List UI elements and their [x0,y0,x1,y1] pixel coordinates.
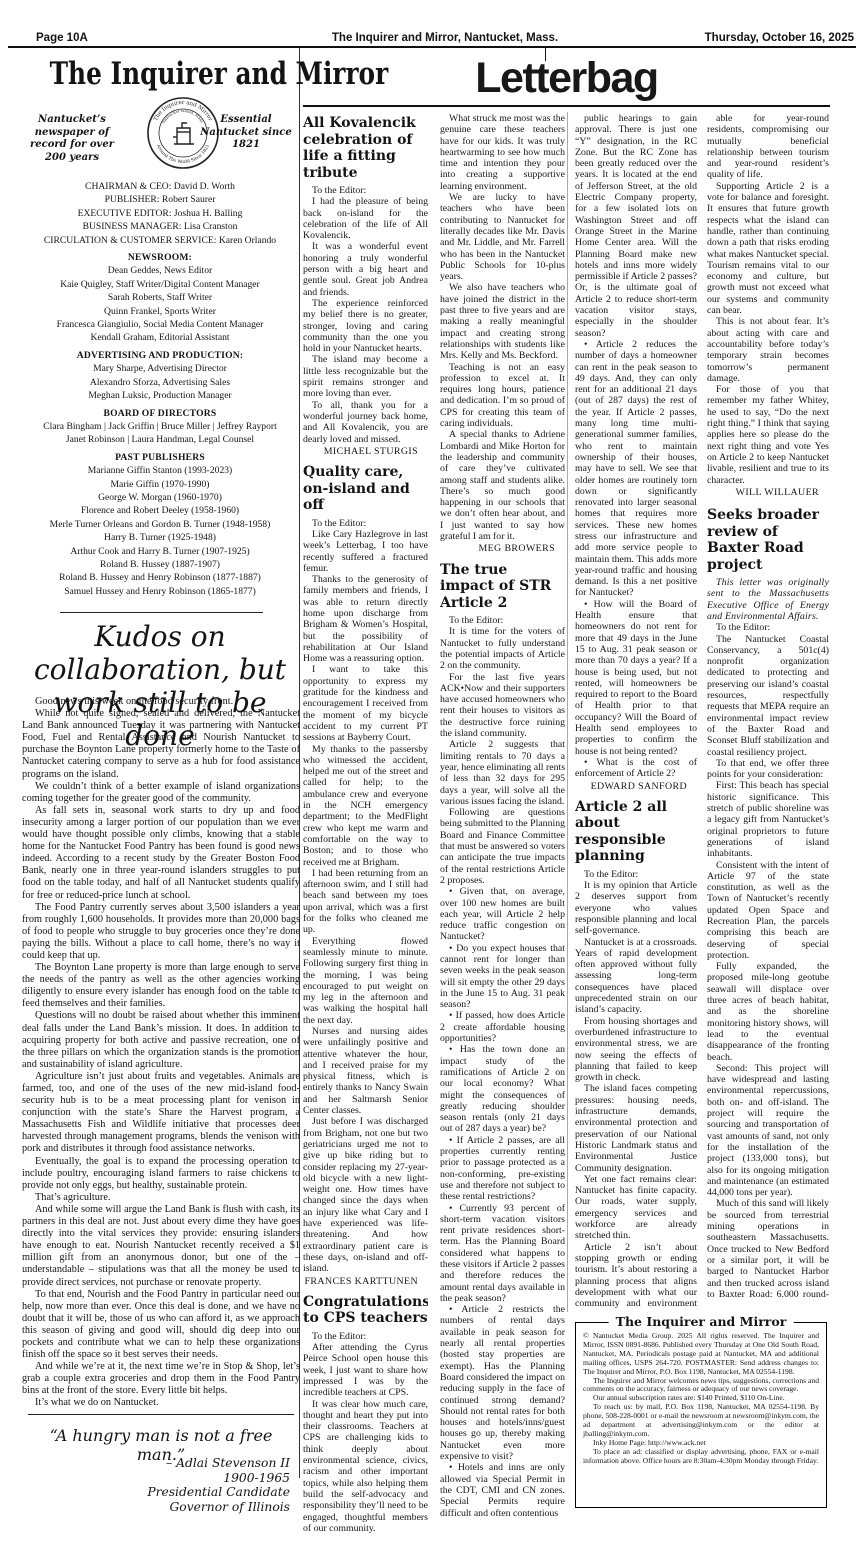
masthead-section-heading: BOARD OF DIRECTORS [22,407,298,420]
letter-signature: EDWARD SANFORD [575,781,697,792]
masthead-staff-line: Merle Turner Orleans and Gordon B. Turne… [22,518,298,531]
editorial-paragraph: We couldn’t think of a better example of… [22,781,300,805]
masthead-title: The Inquirer and Mirror [50,56,271,92]
masthead-staff-line: Harry B. Turner (1925-1948) [22,531,298,544]
masthead-staff-line: Marianne Giffin Stanton (1993-2023) [22,464,298,477]
letter-signature: MEG BROWERS [440,543,565,554]
editorial-paragraph: That’s agriculture. [22,1192,300,1204]
letter-paragraph: We also have teachers who have joined th… [440,282,565,361]
masthead-staff-line: Florence and Robert Deeley (1958-1960) [22,504,298,517]
letter-paragraph: Following are questions being submitted … [440,807,565,886]
letter-paragraph: able for year-round residents, compromis… [707,113,829,181]
letter-column-2: What struck me most was the genuine care… [440,113,565,1541]
letter-paragraph: It is time for the voters of Nantucket t… [440,626,565,671]
masthead-staff-line: CIRCULATION & CUSTOMER SERVICE: Karen Or… [22,234,298,247]
masthead-staff-line: Roland B. Hussey and Henry Robinson (187… [22,571,298,584]
letter-paragraph: The experience reinforced my belief ther… [303,298,428,354]
masthead-staff-line: Alexandro Sforza, Advertising Sales [22,376,298,389]
letter-paragraph: • What is the cost of enforcement of Art… [575,757,697,780]
masthead-section-heading: NEWSROOM: [22,251,298,264]
publication-info-box: The Inquirer and Mirror © Nantucket Medi… [575,1322,827,1508]
letter-paragraph: To that end, we offer three points for y… [707,758,829,781]
info-box-title: The Inquirer and Mirror [609,1314,794,1329]
letter-note: This letter was originally sent to the M… [707,577,829,622]
letter-paragraph: The island faces competing pressures: ho… [575,1083,697,1173]
letter-paragraph: The island may become a little less reco… [303,354,428,399]
masthead-staff-line: Roland B. Hussey (1887-1907) [22,558,298,571]
letter-paragraph: My thanks to the passersby who witnessed… [303,744,428,868]
letter-paragraph: Teaching is not an easy profession to ex… [440,362,565,430]
letter-paragraph: First: This beach has special historic s… [707,780,829,859]
letterbag-title: Letterbag [303,54,830,103]
letter-paragraph: Supporting Article 2 is a vote for balan… [707,181,829,317]
letter-paragraph: • Article 2 restricts the numbers of ren… [440,1304,565,1462]
letter-paragraph: It was clear how much care, thought and … [303,1399,428,1535]
letter-signature: MICHAEL STURGIS [303,446,428,457]
letter-paragraph: public hearings to gain approval. There … [575,113,697,339]
printing-press-icon [173,123,194,144]
letter-paragraph: It is my opinion that Article 2 deserves… [575,880,697,936]
page-date: Thursday, October 16, 2025 [705,32,854,44]
infobox-paragraph: The Inquirer and Mirror welcomes news ti… [583,1377,819,1395]
attribution-line: – Adlai Stevenson II [28,1456,290,1471]
masthead-staff-line: George W. Morgan (1960-1970) [22,491,298,504]
masthead-staff-line: Sarah Roberts, Staff Writer [22,291,298,304]
letter-paragraph: For the last five years ACK•Now and thei… [440,672,565,740]
letter-paragraph: Just before I was discharged from Brigha… [303,1116,428,1274]
masthead-staff-line: Francesca Giangiulio, Social Media Conte… [22,318,298,331]
masthead-section-heading: PAST PUBLISHERS [22,451,298,464]
newspaper-page: Page 10A The Inquirer and Mirror, Nantuc… [0,0,864,1548]
letter-signature: FRANCES KARTTUNEN [303,1276,428,1287]
letter-paragraph: • Given that, on average, over 100 new h… [440,886,565,942]
letter-signature: WILL WILLAUER [707,487,829,498]
attribution-line: 1900-1965 [28,1471,290,1486]
letter-paragraph: • Currently 93 percent of short-term vac… [440,1203,565,1305]
masthead-staff-line: Quinn Frankel, Sports Writer [22,305,298,318]
letter-paragraph: • Hotels and inns are only allowed via S… [440,1462,565,1518]
letter-heading: Article 2 all about responsible planning [575,799,697,865]
masthead-section-heading: ADVERTISING AND PRODUCTION: [22,349,298,362]
letter-heading: Seeks broader review of Baxter Road proj… [707,507,829,573]
letter-column-1: All Kovalencik celebration of life a fit… [303,113,428,1541]
letter-paragraph: This is not about fear. It’s about actin… [707,316,829,384]
letter-paragraph: Nurses and nursing aides were unfailingl… [303,1026,428,1116]
letter-paragraph: I had the pleasure of being back on-isla… [303,196,428,241]
letter-paragraph: Thanks to the generosity of family membe… [303,574,428,664]
editorial-paragraph: It’s what we do on Nantucket. [22,1397,300,1409]
letter-paragraph: Much of this sand will likely be sourced… [707,1198,829,1297]
letter-column-3: public hearings to gain approval. There … [575,113,697,1309]
editorial-paragraph: Agriculture isn’t just about fruits and … [22,1071,300,1156]
letter-heading: All Kovalencik celebration of life a fit… [303,115,428,181]
editorial-paragraph: As fall sets in, seasonal work starts to… [22,805,300,902]
masthead-staff-line: Meghan Luksic, Production Manager [22,389,298,402]
letter-paragraph: • Do you expect houses that cannot rent … [440,943,565,1011]
letter-paragraph: A special thanks to Adriene Lombardi and… [440,429,565,542]
masthead-tagline-left: Nantucket’s newspaper of record for over… [24,114,120,164]
editorial-paragraph: Eventually, the goal is to expand the pr… [22,1156,300,1192]
letter-paragraph: Fully expanded, the proposed mile-long g… [707,961,829,1063]
letter-paragraph: • Has the town done an impact study of t… [440,1044,565,1134]
masthead-staff-list: CHAIRMAN & CEO: David D. WorthPUBLISHER:… [22,180,298,598]
infobox-paragraph: © Nantucket Media Group. 2025 All rights… [583,1332,819,1377]
letter-paragraph: I want to take this opportunity to expre… [303,664,428,743]
editorial-paragraph: The Food Pantry currently serves about 3… [22,902,300,962]
letter-paragraph: The Nantucket Coastal Conservancy, a 501… [707,634,829,758]
infobox-paragraph: To reach us: by mail, P.O. Box 1198, Nan… [583,1403,819,1439]
letter-paragraph: Article 2 suggests that limiting rentals… [440,739,565,807]
letter-paragraph: Like Cary Hazlegrove in last week’s Lett… [303,529,428,574]
letter-paragraph: To the Editor: [707,622,829,633]
letter-heading: Quality care, on-island and off [303,464,428,514]
letter-paragraph: To the Editor: [575,869,697,880]
masthead-staff-line: Samuel Hussey and Henry Robinson (1865-1… [22,585,298,598]
letter-paragraph: Everything flowed seamlessly minute to m… [303,936,428,1026]
letter-paragraph: Article 2 isn’t about stopping growth or… [575,1242,697,1309]
letter-paragraph: • Article 2 reduces the number of days a… [575,339,697,599]
editorial-paragraph: And while we’re at it, the next time we’… [22,1361,300,1397]
editorial-paragraph: Good news this week on the food security… [22,696,300,708]
page-header: Page 10A The Inquirer and Mirror, Nantuc… [36,32,854,46]
letter-paragraph: I had been returning from an afternoon s… [303,868,428,936]
letter-paragraph: Second: This project will have widesprea… [707,1063,829,1199]
editorial-paragraph: And while some will argue the Land Bank … [22,1204,300,1289]
letterbag-rule [303,105,830,107]
editorial-paragraph: While not quite signed, sealed and deliv… [22,708,300,781]
attribution-line: Governor of Illinois [28,1500,290,1515]
letter-paragraph: • If passed, how does Article 2 create a… [440,1010,565,1044]
letter-paragraph: It was a wonderful event honoring a trul… [303,241,428,297]
masthead-staff-line: Arthur Cook and Harry B. Turner (1907-19… [22,545,298,558]
letter-paragraph: To the Editor: [303,1331,428,1342]
masthead-staff-line: Clara Bingham | Jack Griffin | Bruce Mil… [22,420,298,433]
masthead-staff-line: EXECUTIVE EDITOR: Joshua H. Balling [22,207,298,220]
masthead-staff-line: BUSINESS MANAGER: Lisa Cranston [22,220,298,233]
letter-heading: Congratulations to CPS teachers [303,1294,428,1327]
infobox-paragraph: To place an ad: classified or display ad… [583,1448,819,1466]
editorial-quote-divider [28,1414,294,1415]
letter-paragraph: To the Editor: [303,185,428,196]
staff-editorial-divider [60,612,263,613]
masthead-staff-line: Kaie Quigley, Staff Writer/Digital Conte… [22,278,298,291]
masthead-staff-line: Kendall Graham, Editorial Assistant [22,331,298,344]
masthead-staff-line: Mary Sharpe, Advertising Director [22,362,298,375]
letter-column-4: able for year-round residents, compromis… [707,113,829,1297]
letter-paragraph: • How will the Board of Health ensure th… [575,599,697,757]
letter-paragraph: To all, thank you for a wonderful journe… [303,400,428,445]
editorial-paragraph: The Boynton Lane property is more than l… [22,962,300,1010]
quote-attribution: – Adlai Stevenson II1900-1965Presidentia… [28,1456,290,1514]
letter-heading: The true impact of STR Article 2 [440,562,565,612]
masthead-staff-line: Janet Robinson | Laura Handman, Legal Co… [22,433,298,446]
letter-paragraph: To the Editor: [440,615,565,626]
editorial-paragraph: To that end, Nourish and the Food Pantry… [22,1289,300,1362]
attribution-line: Presidential Candidate [28,1485,290,1500]
letter-paragraph: Yet one fact remains clear: Nantucket ha… [575,1174,697,1242]
editorial-body: Good news this week on the food security… [22,696,300,1410]
letterbag-middle-divider [567,112,568,1312]
letter-paragraph: What struck me most was the genuine care… [440,113,565,192]
letter-paragraph: After attending the Cyrus Peirce School … [303,1342,428,1398]
letter-paragraph: For those of you that remember my father… [707,384,829,486]
masthead-staff-line: Dean Geddes, News Editor [22,264,298,277]
header-rule [8,46,856,48]
letter-paragraph: We are lucky to have teachers who have b… [440,192,565,282]
editorial-paragraph: Questions will no doubt be raised about … [22,1010,300,1070]
info-box-body: © Nantucket Media Group. 2025 All rights… [576,1323,826,1470]
letter-paragraph: Consistent with the intent of Article 97… [707,860,829,962]
masthead-tagline-right: Essential Nantucket since 1821 [198,114,294,152]
letter-paragraph: From housing shortages and overburdened … [575,1016,697,1084]
masthead-staff-line: PUBLISHER: Robert Saurer [22,193,298,206]
letter-paragraph: Nantucket is at a crossroads. Years of r… [575,937,697,1016]
masthead-staff-line: CHAIRMAN & CEO: David D. Worth [22,180,298,193]
letter-paragraph: To the Editor: [303,518,428,529]
masthead: The Inquirer and Mirror The Inquirer and… [22,56,298,92]
masthead-staff-line: Marie Giffin (1970-1990) [22,478,298,491]
letter-paragraph: • If Article 2 passes, are all propertie… [440,1135,565,1203]
